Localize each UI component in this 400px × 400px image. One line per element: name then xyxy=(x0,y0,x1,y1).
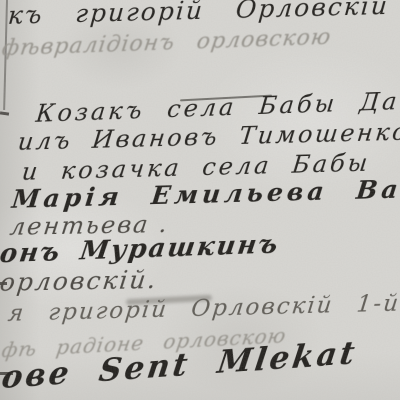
left-edge-mark-top xyxy=(0,111,9,115)
handwritten-line-orlovsky-top: къ григорій Орловскій 1- xyxy=(7,0,400,30)
pencil-annotation-top: фѣвралідіонъ орловскою xyxy=(0,24,333,61)
handwritten-line-orlovsky-lower: я григорій Орловскій 1-й xyxy=(7,291,400,327)
document-scan: къ григорій Орловскій 1- фѣвралідіонъ ор… xyxy=(0,0,400,400)
handwritten-line-orlovsky-mid: орловскій. xyxy=(0,265,159,297)
